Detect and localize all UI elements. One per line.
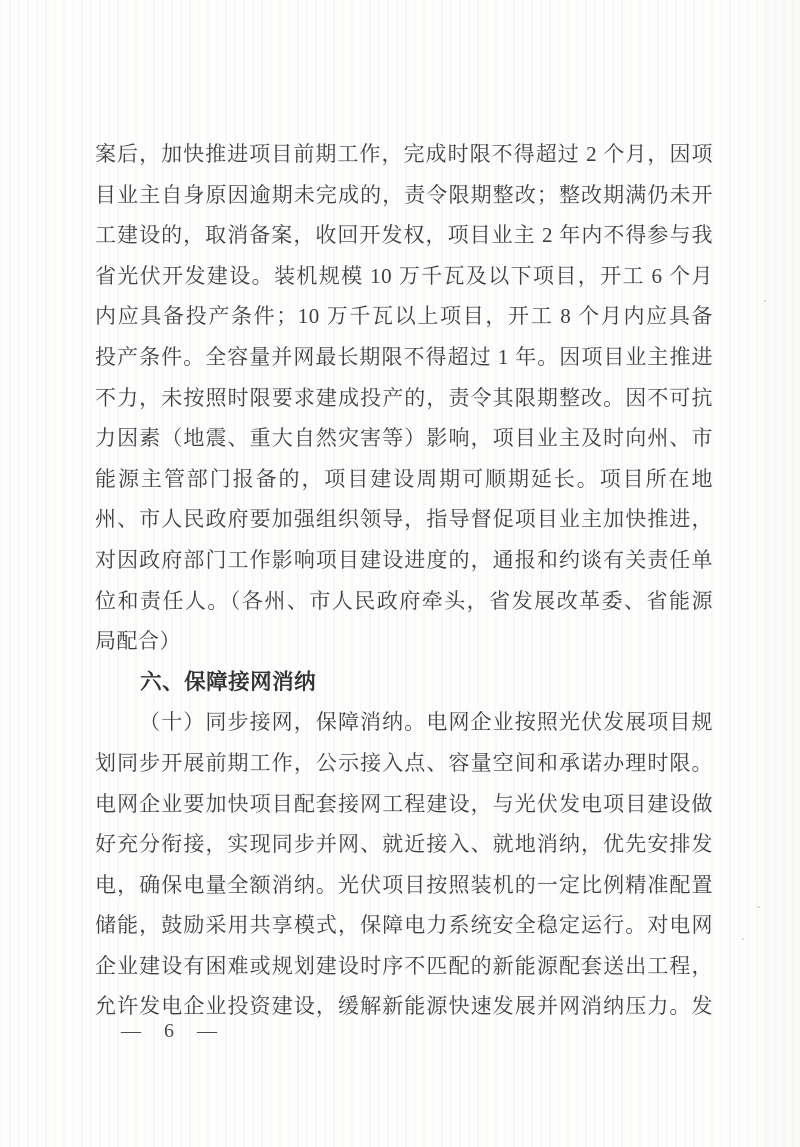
text-line: 对因政府部门工作影响项目建设进度的，通报和约谈有关责任单	[95, 540, 713, 581]
text-line: 投产条件。全容量并网最长期限不得超过 1 年。因项目业主推进	[95, 337, 713, 378]
text-line: 好充分衔接，实现同步并网、就近接入、就地消纳，优先安排发	[95, 824, 713, 865]
text-line: 电，确保电量全额消纳。光伏项目按照装机的一定比例精准配置	[95, 865, 713, 906]
text-line: 电网企业要加快项目配套接网工程建设，与光伏发电项目建设做	[95, 784, 713, 825]
text-line: 储能，鼓励采用共享模式，保障电力系统安全稳定运行。对电网	[95, 905, 713, 946]
page-number: — 6 —	[121, 1020, 226, 1043]
text-line: 省光伏开发建设。装机规模 10 万千瓦及以下项目，开工 6 个月	[95, 256, 713, 297]
text-line: 六、保障接网消纳	[95, 662, 713, 703]
text-line: 州、市人民政府要加强组织领导，指导督促项目业主加快推进，	[95, 499, 713, 540]
text-line: 不力，未按照时限要求建成投产的，责令其限期整改。因不可抗	[95, 378, 713, 419]
text-line: 局配合）	[95, 621, 713, 662]
scan-speck	[764, 300, 766, 302]
text-line: 能源主管部门报备的，项目建设周期可顺期延长。项目所在地	[95, 459, 713, 500]
section-heading-6: 六、保障接网消纳	[95, 662, 713, 703]
text-line: 划同步开展前期工作，公示接入点、容量空间和承诺办理时限。	[95, 743, 713, 784]
paragraph-continued-project-deadlines: 案后，加快推进项目前期工作，完成时限不得超过 2 个月，因项目业主自身原因逾期未…	[95, 134, 713, 662]
text-line: （十）同步接网，保障消纳。电网企业按照光伏发展项目规	[95, 702, 713, 743]
text-line: 目业主自身原因逾期未完成的，责令限期整改；整改期满仍未开	[95, 175, 713, 216]
document-body: 案后，加快推进项目前期工作，完成时限不得超过 2 个月，因项目业主自身原因逾期未…	[95, 134, 713, 1027]
scan-speck	[742, 938, 744, 940]
text-line: 工建设的，取消备案，收回开发权，项目业主 2 年内不得参与我	[95, 215, 713, 256]
text-line: 企业建设有困难或规划建设时序不匹配的新能源配套送出工程，	[95, 946, 713, 987]
text-line: 内应具备投产条件；10 万千瓦以上项目，开工 8 个月内应具备	[95, 296, 713, 337]
paragraph-item-10-grid-connection: （十）同步接网，保障消纳。电网企业按照光伏发展项目规划同步开展前期工作，公示接入…	[95, 702, 713, 1027]
text-line: 案后，加快推进项目前期工作，完成时限不得超过 2 个月，因项	[95, 134, 713, 175]
scanned-document-page: { "page": { "number_label": "— 6 —" }, "…	[0, 0, 800, 1147]
text-line: 位和责任人。（各州、市人民政府牵头，省发展改革委、省能源	[95, 581, 713, 622]
scan-speck	[757, 906, 760, 908]
text-line: 力因素（地震、重大自然灾害等）影响，项目业主及时向州、市	[95, 418, 713, 459]
